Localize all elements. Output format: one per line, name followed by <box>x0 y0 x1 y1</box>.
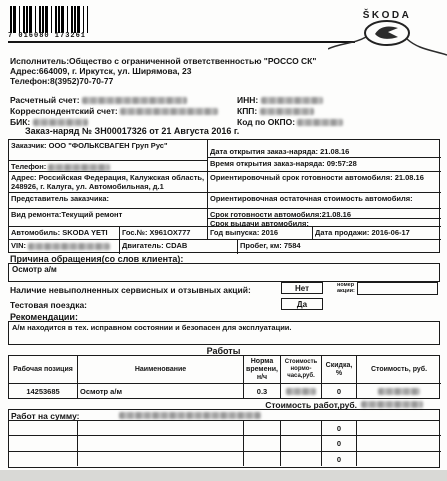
recommendations-text: А/м находится в тех. исправном состоянии… <box>9 322 439 333</box>
year-cell: Год выпуска: 2016 <box>208 227 313 240</box>
works-row-rate <box>281 383 322 398</box>
works-header-name: Наименование <box>78 356 244 383</box>
campaigns-label: Наличие невыполненных сервисных и отзывн… <box>10 285 251 295</box>
kpp-label: КПП: <box>237 106 257 116</box>
header-rule <box>8 41 355 43</box>
redacted-cost <box>378 388 420 395</box>
redacted-inn <box>261 97 323 104</box>
barcode-number: 7 016080 173261 <box>8 32 92 40</box>
approx-residual-cost-cell: Ориентировочная остаточная стоимость авт… <box>208 193 441 209</box>
reason-text: Осмотр а/м <box>9 264 439 275</box>
redacted-correspondent-account <box>120 108 218 115</box>
works-row-time-norm: 0.3 <box>244 383 281 398</box>
contractor-phone: Телефон:8(3952)70-70-77 <box>10 76 113 86</box>
plate-cell: Гос.№: X961OX777 <box>120 227 208 240</box>
reason-box: Осмотр а/м <box>8 263 440 282</box>
extra-row-cell <box>357 421 441 436</box>
contractor-address: Адрес:664009, г. Иркутск, ул. Ширямова, … <box>10 66 191 76</box>
campaign-number-box <box>357 282 438 295</box>
customer-value: Заказчик: ООО "ФОЛЬКСВАГЕН Груп Рус" <box>11 141 168 150</box>
redacted-amount-in-words <box>119 412 261 419</box>
redacted-vin <box>28 243 110 250</box>
extra-row-cell <box>9 452 78 466</box>
kpp-row: КПП: <box>237 106 314 116</box>
extra-row-cell <box>281 436 322 452</box>
works-header-cost: Стоимость, руб. <box>357 356 441 383</box>
test-drive-answer: Да <box>297 300 307 309</box>
repair-type-cell: Вид ремонта:Текущий ремонт <box>9 209 208 227</box>
works-row-position: 14253685 <box>9 383 78 398</box>
test-drive-label: Тестовая поездка: <box>10 300 87 310</box>
open-date-cell: Дата открытия заказ-наряда: 21.08.16 <box>208 140 441 158</box>
campaigns-answer: Нет <box>295 284 309 293</box>
redacted-okpo <box>297 119 343 126</box>
brand-wordmark: ŠKODA <box>363 8 412 21</box>
settlement-account-label: Расчетный счет: <box>10 95 80 105</box>
work-order-document: 7 016080 173261 ŠKODA Исполнитель:Общест… <box>0 0 447 470</box>
engine-cell: Двигатель: CDAB <box>120 240 238 254</box>
contractor-name: Исполнитель:Общество с ограниченной отве… <box>10 56 316 66</box>
works-row-cost <box>357 383 441 398</box>
works-table: Рабочая позиция Наименование Норма време… <box>8 355 440 399</box>
inn-row: ИНН: <box>237 95 323 105</box>
car-cell: Автомобиль: SKODA YETI <box>9 227 120 240</box>
barcode <box>10 6 88 33</box>
inn-label: ИНН: <box>237 95 258 105</box>
customer-address-cell: Адрес: Российская Федерация, Калужская о… <box>9 172 208 193</box>
okpo-row: Код по ОКПО: <box>237 117 343 127</box>
open-time-cell: Время открытия заказ-наряда: 09:57:28 <box>208 158 441 172</box>
works-row-name: Осмотр а/м <box>78 383 244 398</box>
document-title: Заказ-наряд № ЗН00017326 от 21 Августа 2… <box>25 126 239 136</box>
extra-row-cell <box>9 421 78 436</box>
correspondent-account-label: Корреспондентский счет: <box>10 106 118 116</box>
extra-row-cell <box>9 436 78 452</box>
customer-address-line1: Адрес: Российская Федерация, Калужская о… <box>11 173 205 182</box>
redacted-rate <box>286 388 316 395</box>
extra-row-cell <box>244 436 281 452</box>
extra-row-cell <box>78 421 244 436</box>
extra-row-discount: 0 <box>322 436 357 452</box>
representative-cell: Представитель заказчика: <box>9 193 208 209</box>
extra-row-cell <box>357 452 441 466</box>
ready-date-cell: Срок готовности автомобиля:21.08.16 <box>208 209 441 219</box>
extra-row-cell <box>357 436 441 452</box>
okpo-label: Код по ОКПО: <box>237 117 295 127</box>
works-header-rate: Стоимость нормо-часа,руб. <box>281 356 322 383</box>
redacted-works-total <box>361 401 423 408</box>
test-drive-answer-box: Да <box>281 298 323 310</box>
order-info-table: Заказчик: ООО "ФОЛЬКСВАГЕН Груп Рус" Тел… <box>8 139 440 253</box>
sale-date-cell: Дата продажи: 2016-06-17 <box>313 227 441 240</box>
extra-row-discount: 0 <box>322 452 357 466</box>
recommendations-box: А/м находится в тех. исправном состоянии… <box>8 321 440 345</box>
redacted-settlement-account <box>82 97 187 104</box>
scan-edge <box>0 470 447 481</box>
works-row-discount: 0 <box>322 383 357 398</box>
extra-row-discount: 0 <box>322 421 357 436</box>
customer-phone-label: Телефон: <box>11 162 46 171</box>
extra-works-table: 0 0 0 <box>8 420 440 468</box>
vin-label: VIN: <box>11 241 26 250</box>
logo-swoosh-left <box>328 37 366 49</box>
redacted-kpp <box>260 108 314 115</box>
logo-swoosh-right <box>407 39 447 55</box>
customer-cell: Заказчик: ООО "ФОЛЬКСВАГЕН Груп Рус" <box>9 140 208 161</box>
redacted-customer-phone <box>48 164 110 171</box>
approx-ready-cell: Ориентировочный срок готовности автомоби… <box>208 172 441 193</box>
works-header-position: Рабочая позиция <box>9 356 78 383</box>
works-header-time-norm: Норма времени, н/ч <box>244 356 281 383</box>
skoda-logo: ŠKODA <box>328 3 447 59</box>
extra-row-cell <box>78 452 244 466</box>
extra-row-cell <box>281 421 322 436</box>
works-header-discount: Скидка, % <box>322 356 357 383</box>
vin-cell: VIN: <box>9 240 120 254</box>
mileage-cell: Пробег, км: 7584 <box>238 240 441 254</box>
customer-phone-cell: Телефон: <box>9 161 208 172</box>
settlement-account-row: Расчетный счет: <box>10 95 187 105</box>
issue-date-cell: Срок выдачи автомобиля; <box>208 219 441 227</box>
customer-address-line2: 248926, г. Калуга, ул. Автомобильная, д.… <box>11 182 205 191</box>
campaigns-answer-box: Нет <box>281 282 323 294</box>
extra-row-cell <box>78 436 244 452</box>
correspondent-account-row: Корреспондентский счет: <box>10 106 218 116</box>
extra-row-cell <box>281 452 322 466</box>
winged-arrow-icon <box>375 26 398 38</box>
extra-row-cell <box>244 452 281 466</box>
extra-row-cell <box>244 421 281 436</box>
